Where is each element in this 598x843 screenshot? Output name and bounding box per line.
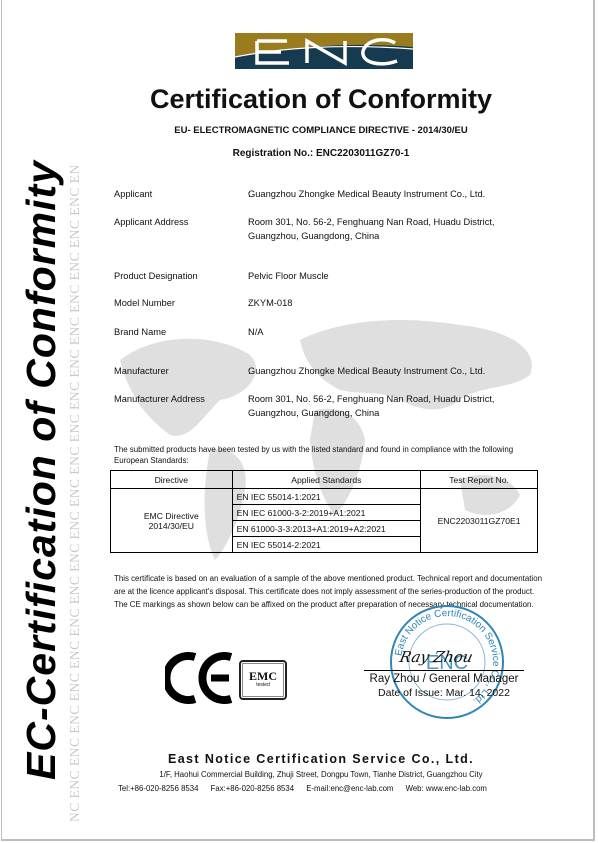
signature-script: Ray Zhou [398, 648, 474, 666]
header-directive: Directive [111, 471, 233, 489]
ce-mark-icon [165, 652, 235, 704]
field-value: Room 301, No. 56-2, Fenghuang Nan Road, … [248, 393, 528, 420]
field-label: Model Number [114, 297, 244, 311]
field-value: ZKYM-018 [248, 297, 528, 311]
field-value: Guangzhou Zhongke Medical Beauty Instrum… [248, 188, 528, 202]
field-value: Guangzhou Zhongke Medical Beauty Instrum… [248, 365, 528, 379]
field-label: Applicant Address [114, 216, 244, 230]
directive-cell: EMC Directive2014/30/EU [111, 489, 233, 553]
field-label: Applicant [114, 188, 244, 202]
emc-mark-subtitle: tested [241, 682, 285, 689]
header-test-report: Test Report No. [421, 471, 538, 489]
registration-number: Registration No.: ENC2203011GZ70-1 [0, 148, 598, 159]
footer-web[interactable]: Web: www.enc-lab.com [406, 784, 487, 793]
header-applied-standards: Applied Standards [232, 471, 421, 489]
directive-subtitle: EU- ELECTROMAGNETIC COMPLIANCE DIRECTIVE… [0, 125, 598, 136]
table-row: EMC Directive2014/30/EU EN IEC 55014-1:2… [111, 489, 538, 505]
field-value: N/A [248, 326, 528, 340]
standard-cell: EN 61000-3-3:2013+A1:2019+A2:2021 [232, 521, 421, 537]
field-label: Manufacturer Address [114, 393, 244, 407]
standard-cell: EN IEC 55014-2:2021 [232, 537, 421, 553]
field-label: Manufacturer [114, 365, 244, 379]
footer-contact: Tel:+86-020-8256 8534 Fax:+86-020-8256 8… [118, 784, 497, 793]
footer-email[interactable]: E-mail:enc@enc-lab.com [306, 784, 393, 793]
field-value: Room 301, No. 56-2, Fenghuang Nan Road, … [248, 216, 528, 243]
emc-tested-mark: EMC tested [239, 660, 287, 700]
emc-mark-title: EMC [241, 670, 285, 682]
field-label: Product Designation [114, 270, 244, 284]
standard-cell: EN IEC 55014-1:2021 [232, 489, 421, 505]
field-label: Brand Name [114, 326, 244, 340]
footer-fax: Fax:+86-020-8256 8534 [211, 784, 294, 793]
signature-line [364, 670, 524, 671]
vertical-title: EC-Certification of Conformity [18, 50, 65, 780]
page-title: Certification of Conformity [0, 84, 598, 115]
footer-tel: Tel:+86-020-8256 8534 [118, 784, 198, 793]
standards-table: Directive Applied Standards Test Report … [110, 470, 538, 553]
enc-logo [235, 33, 413, 69]
compliance-statement: The submitted products have been tested … [114, 444, 544, 466]
standard-cell: EN IEC 61000-3-2:2019+A1:2021 [232, 505, 421, 521]
table-header-row: Directive Applied Standards Test Report … [111, 471, 538, 489]
report-number-cell: ENC2203011GZ70E1 [421, 489, 538, 553]
signatory-name: Ray Zhou / General Manager [360, 673, 528, 685]
footer-company: East Notice Certification Service Co., L… [0, 752, 598, 766]
issue-date: Date of Issue: Mar. 14, 2022 [360, 687, 528, 699]
footer-address: 1/F, Haohui Commercial Building, Zhuji S… [0, 770, 598, 779]
field-value: Pelvic Floor Muscle [248, 270, 528, 284]
